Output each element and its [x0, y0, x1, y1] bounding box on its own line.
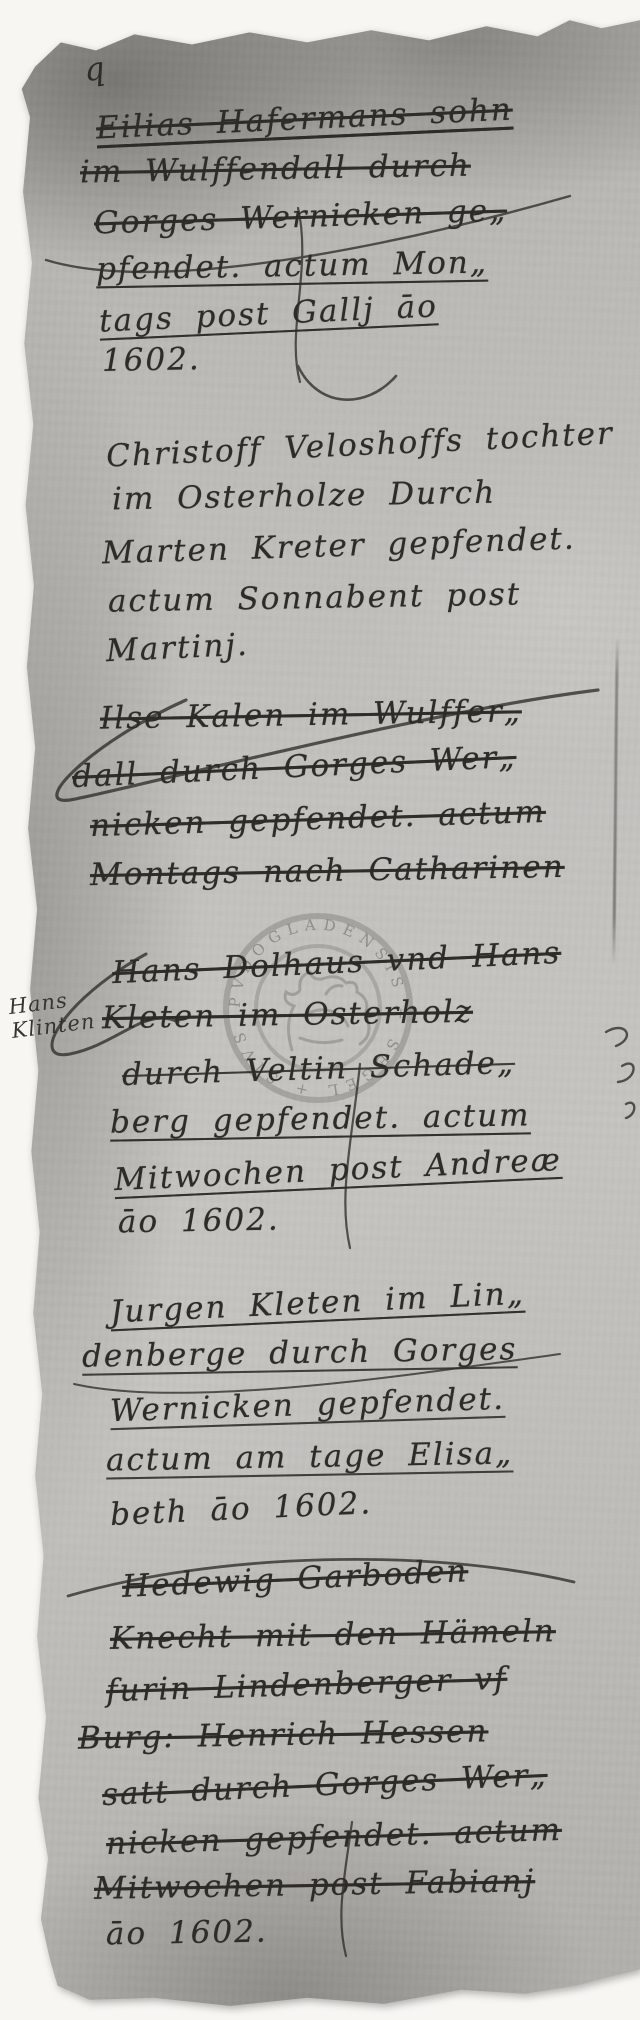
margin-note: Hans Klinten	[7, 985, 96, 1043]
manuscript-line: actum am tage Elisa„	[106, 1438, 514, 1476]
manuscript-line: Burg: Henrich Hessen	[78, 1716, 489, 1754]
manuscript-line: Eilias Hafermans sohn	[96, 95, 514, 145]
manuscript-line: pfendet. actum Mon„	[96, 248, 488, 286]
manuscript-line: actum Sonnabent post	[108, 579, 522, 617]
right-margin-ink-fragment	[596, 1018, 640, 1138]
manuscript-line: nicken gepfendet. actum	[106, 1815, 563, 1860]
manuscript-line: Mitwochen post Andreæ	[114, 1145, 563, 1196]
manuscript-line: Mitwochen post Fabianj	[94, 1866, 536, 1905]
manuscript-line: Hedewig Garboden	[121, 1556, 469, 1603]
manuscript-line: berg gepfendet. actum	[110, 1100, 531, 1138]
manuscript-line: Marten Kreter gepfendet.	[102, 524, 577, 570]
manuscript-line: beth āo 1602.	[109, 1488, 372, 1531]
manuscript-scan: PVDOGLADENSIS + SEGEL + SIVS q Eilias Ha…	[0, 0, 640, 2020]
manuscript-line: im Wulffendall durch	[80, 151, 471, 189]
manuscript-line: Wernicken gepfendet.	[110, 1384, 506, 1427]
manuscript-line: tags post Gallj āo	[98, 291, 438, 337]
manuscript-line: dall durch Gorges Wer„	[72, 742, 518, 793]
manuscript-line: āo 1602.	[106, 1917, 268, 1951]
manuscript-line: nicken gepfendet. actum	[90, 797, 547, 842]
manuscript-line: furin Lindenberger vf	[106, 1664, 508, 1708]
folio-mark: q	[81, 49, 107, 89]
manuscript-line: Knecht mit den Hämeln	[110, 1616, 556, 1655]
manuscript-line: denberge durch Gorges	[82, 1334, 518, 1373]
manuscript-line: Christoff Veloshoffs tochter	[106, 418, 615, 472]
manuscript-line: Ilse Kalen im Wulffer„	[100, 696, 522, 734]
manuscript-line: āo 1602.	[118, 1205, 280, 1239]
handwriting-layer: q Eilias Hafermans sohn im Wulffendall d…	[0, 0, 640, 2020]
manuscript-line: Montags nach Catharinen	[90, 852, 565, 891]
manuscript-line: Gorges Wernicken ge„	[94, 196, 508, 240]
manuscript-line: durch Veltin Schade„	[122, 1048, 516, 1091]
manuscript-line: Hans Dolhaus vnd Hans	[112, 938, 562, 989]
manuscript-line: 1602.	[102, 344, 201, 377]
manuscript-line: Kleten im Osterholz	[102, 997, 474, 1034]
manuscript-line: im Osterholze Durch	[112, 478, 497, 516]
manuscript-line: Jurgen Kleten im Lin„	[110, 1279, 526, 1329]
manuscript-line: satt durch Gorges Wer„	[102, 1760, 549, 1811]
manuscript-line: Martinj.	[105, 630, 249, 667]
